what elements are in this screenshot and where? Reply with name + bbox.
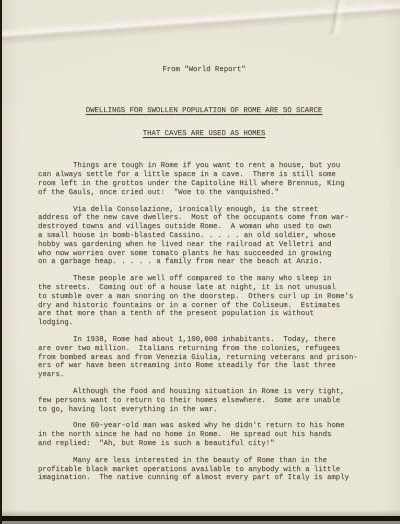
- paragraph-1: Things are tough in Rome if you want to …: [38, 162, 370, 197]
- source-attribution: From "World Report": [38, 66, 370, 75]
- paragraph-2: Via della Consolazione, ironically enoug…: [38, 206, 370, 268]
- paragraph-3: These people are well off compared to th…: [38, 275, 370, 328]
- scanned-page: From "World Report" DWELLINGS FOR SWOLLE…: [0, 0, 400, 517]
- headline-line-1: DWELLINGS FOR SWOLLEN POPULATION OF ROME…: [38, 107, 370, 116]
- paper-crease-top: [0, 0, 400, 46]
- paragraph-5: Although the food and housing situation …: [38, 388, 370, 414]
- paragraph-7: Many are less interested in the beauty o…: [38, 457, 370, 483]
- scan-edge-bottom: [0, 516, 400, 521]
- paragraph-6: One 60-year-old man was asked why he did…: [38, 422, 370, 448]
- typewritten-content: From "World Report" DWELLINGS FOR SWOLLE…: [38, 66, 370, 491]
- headline-line-2: THAT CAVES ARE USED AS HOMES: [38, 130, 370, 139]
- paragraph-4: In 1938, Rome had about 1,100,000 inhabi…: [38, 336, 370, 380]
- paper-crease-corner: [305, 0, 365, 34]
- scan-edge-left: [0, 0, 2, 524]
